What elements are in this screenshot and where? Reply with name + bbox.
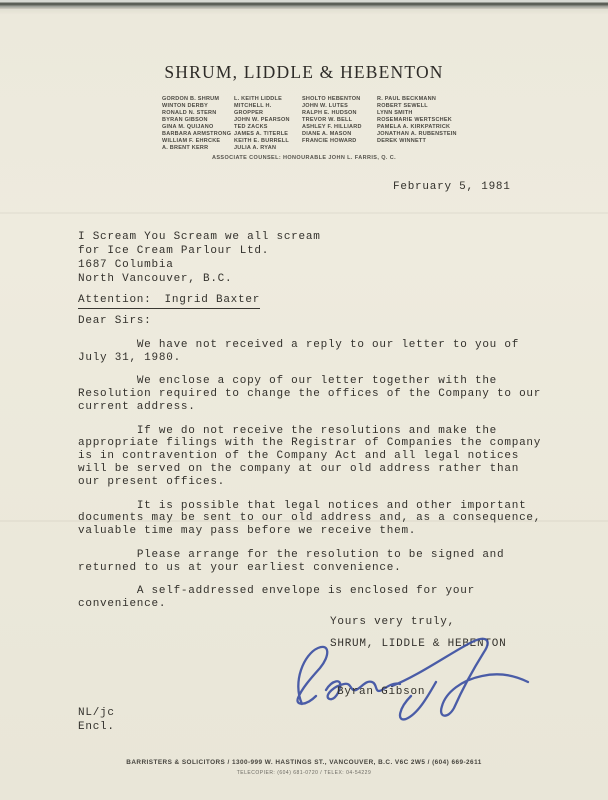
recipient-address-line: for Ice Cream Parlour Ltd. [78, 244, 321, 258]
lawyer-name: GINA M. QUIJANO [162, 124, 234, 131]
letterhead-firm-name: SHRUM, LIDDLE & HEBENTON [0, 62, 608, 83]
closing-phrase: Yours very truly, [330, 616, 455, 629]
lawyer-name: FRANCIE HOWARD [302, 138, 377, 145]
signed-name: Byran Gibson [337, 686, 425, 698]
lawyer-name: DEREK WINNETT [377, 138, 474, 145]
letterhead-names-column-2: L. KEITH LIDDLEMITCHELL H. GROPPERJOHN W… [234, 96, 302, 152]
letter-body: We have not received a reply to our lett… [78, 339, 546, 621]
lawyer-name: ASHLEY F. HILLIARD [302, 124, 377, 131]
body-paragraph: A self-addressed envelope is enclosed fo… [78, 585, 546, 611]
body-paragraph: It is possible that legal notices and ot… [78, 500, 546, 539]
recipient-address-line: 1687 Columbia [78, 258, 321, 272]
lawyer-name: JONATHAN A. RUBENSTEIN [377, 131, 474, 138]
lawyer-name: JULIA A. RYAN [234, 145, 302, 152]
letterhead-names-column-4: R. PAUL BECKMANNROBERT SEWELLLYNN SMITHR… [377, 96, 474, 152]
lawyer-name: KEITH E. BURRELL [234, 138, 302, 145]
lawyer-name: ROSEMARIE WERTSCHEK [377, 117, 474, 124]
lawyer-name: TED ZACKS [234, 124, 302, 131]
letterhead-names-column-1: GORDON B. SHRUMWINTON DERBYRONALD N. STE… [162, 96, 234, 152]
footer-telecopier-line: TELECOPIER: (604) 681-0720 / TELEX: 04-5… [0, 770, 608, 776]
lawyer-name: RALPH E. HUDSON [302, 110, 377, 117]
reference-initials: NL/jc [78, 707, 115, 721]
lawyer-name: SHOLTO HEBENTON [302, 96, 377, 103]
lawyer-name: RONALD N. STERN [162, 110, 234, 117]
lawyer-name: BYRAN GIBSON [162, 117, 234, 124]
recipient-address: I Scream You Scream we all screamfor Ice… [78, 230, 321, 286]
reference-block: NL/jc Encl. [78, 707, 115, 734]
lawyer-name: DIANE A. MASON [302, 131, 377, 138]
lawyer-name: BARBARA ARMSTRONG [162, 131, 234, 138]
lawyer-name: R. PAUL BECKMANN [377, 96, 474, 103]
lawyer-name: WILLIAM F. EHRCKE [162, 138, 234, 145]
body-paragraph: If we do not receive the resolutions and… [78, 425, 546, 490]
lawyer-name: A. BRENT KERR [162, 145, 234, 152]
salutation: Dear Sirs: [78, 315, 152, 327]
body-paragraph: We enclose a copy of our letter together… [78, 375, 546, 414]
attention-line: Attention:Ingrid Baxter [78, 294, 260, 306]
scanner-edge [0, 0, 608, 9]
lawyer-name: WINTON DERBY [162, 103, 234, 110]
date-line: February 5, 1981 [393, 181, 511, 193]
lawyer-name: L. KEITH LIDDLE [234, 96, 302, 103]
attention-underlined: Attention:Ingrid Baxter [78, 294, 260, 309]
paper-fold-crease [0, 212, 608, 214]
body-paragraph: We have not received a reply to our lett… [78, 339, 546, 365]
body-paragraph: Please arrange for the resolution to be … [78, 549, 546, 575]
signature [286, 630, 536, 725]
lawyer-name: JOHN W. LUTES [302, 103, 377, 110]
lawyer-name: LYNN SMITH [377, 110, 474, 117]
lawyer-name: GORDON B. SHRUM [162, 96, 234, 103]
recipient-address-line: I Scream You Scream we all scream [78, 230, 321, 244]
attention-label: Attention: [78, 294, 152, 306]
lawyer-name: JAMES A. TITERLE [234, 131, 302, 138]
attention-name: Ingrid Baxter [165, 294, 261, 306]
letterhead-names-column-3: SHOLTO HEBENTONJOHN W. LUTESRALPH E. HUD… [302, 96, 377, 152]
recipient-address-line: North Vancouver, B.C. [78, 272, 321, 286]
lawyer-name: ROBERT SEWELL [377, 103, 474, 110]
footer-address-line: BARRISTERS & SOLICITORS / 1300-999 W. HA… [0, 759, 608, 766]
lawyer-name: MITCHELL H. GROPPER [234, 103, 302, 117]
lawyer-name: PAMELA A. KIRKPATRICK [377, 124, 474, 131]
lawyer-name: JOHN W. PEARSON [234, 117, 302, 124]
letterhead-name-columns: GORDON B. SHRUMWINTON DERBYRONALD N. STE… [162, 96, 474, 152]
enclosure-notation: Encl. [78, 721, 115, 735]
lawyer-name: TREVOR W. BELL [302, 117, 377, 124]
associate-counsel-line: ASSOCIATE COUNSEL: HONOURABLE JOHN L. FA… [0, 155, 608, 161]
